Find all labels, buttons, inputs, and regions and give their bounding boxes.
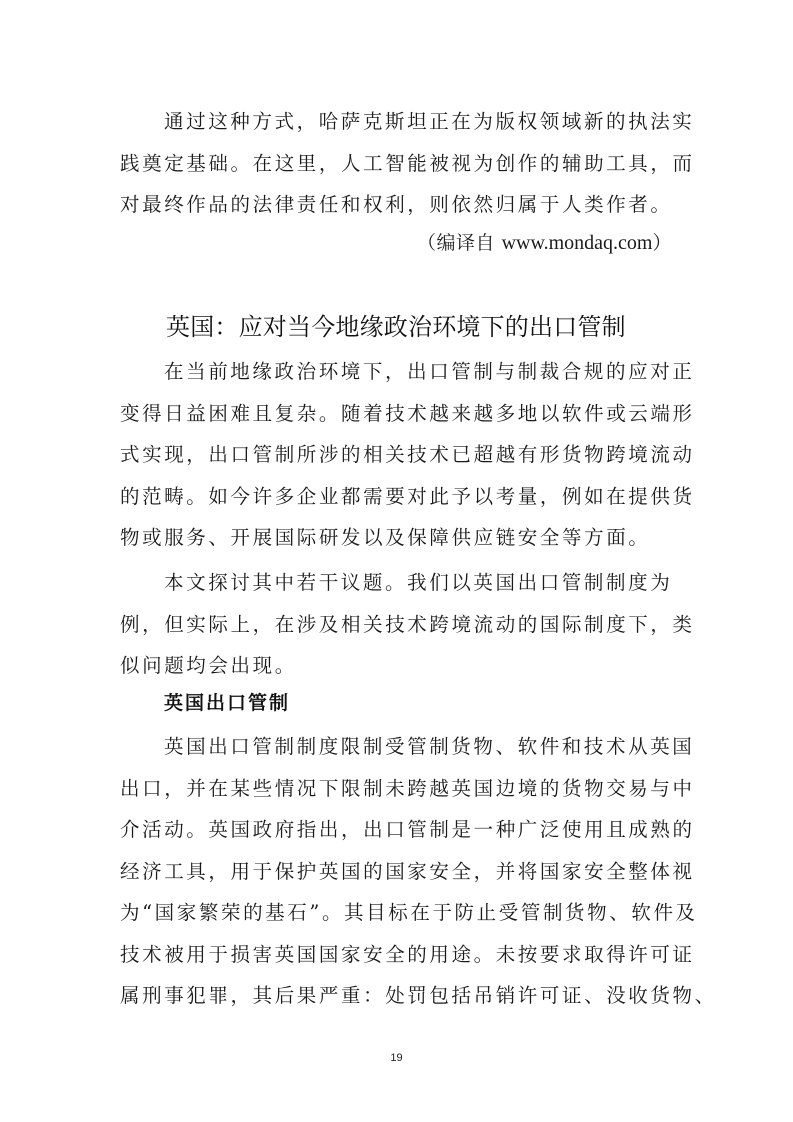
paragraph-line: 物或服务、开展国际研发以及保障供应链安全等方面。: [120, 517, 672, 559]
paragraph-line: 似问题均会出现。: [120, 645, 672, 687]
source-url: www.mondaq.com: [502, 232, 653, 254]
document-page: 通过这种方式，哈萨克斯坦正在为版权领域新的执法实 践奠定基础。在这里，人工智能被…: [120, 0, 672, 1122]
article-paragraph-2: 本文探讨其中若干议题。我们以英国出口管制制度为 例，但实际上，在涉及相关技术跨境…: [120, 562, 672, 687]
paragraph-line: 通过这种方式，哈萨克斯坦正在为版权领域新的执法实: [120, 101, 672, 143]
section-heading: 英国出口管制: [164, 686, 290, 720]
paragraph-line: 的范畴。如今许多企业都需要对此予以考量，例如在提供货: [120, 476, 672, 518]
paragraph-line: 例，但实际上，在涉及相关技术跨境流动的国际制度下，类: [120, 604, 672, 646]
article-paragraph-3: 英国出口管制制度限制受管制货物、软件和技术从英国 出口，并在某些情况下限制未跨越…: [120, 726, 672, 1017]
article-title: 英国：应对当今地缘政治环境下的出口管制: [166, 310, 626, 344]
paragraph-line: 经济工具，用于保护英国的国家安全，并将国家安全整体视: [120, 851, 672, 893]
page-number: 19: [0, 1052, 793, 1064]
paragraph-line: 属刑事犯罪，其后果严重：处罚包括吊销许可证、没收货物、: [120, 975, 672, 1017]
paragraph-line: 式实现，出口管制所涉的相关技术已超越有形货物跨境流动: [120, 434, 672, 476]
paragraph-line: 为“国家繁荣的基石”。其目标在于防止受管制货物、软件及: [120, 892, 672, 934]
source-attribution: （编译自 www.mondaq.com）: [417, 228, 672, 258]
paragraph-line: 本文探讨其中若干议题。我们以英国出口管制制度为: [120, 562, 672, 604]
source-close: ）: [652, 232, 672, 254]
source-open: （编译自: [417, 232, 502, 254]
paragraph-line: 变得日益困难且复杂。随着技术越来越多地以软件或云端形: [120, 393, 672, 435]
paragraph-line: 践奠定基础。在这里，人工智能被视为创作的辅助工具，而: [120, 143, 672, 185]
article-paragraph-1: 在当前地缘政治环境下，出口管制与制裁合规的应对正 变得日益困难且复杂。随着技术越…: [120, 351, 672, 559]
paragraph-line: 出口，并在某些情况下限制未跨越英国边境的货物交易与中: [120, 768, 672, 810]
paragraph-line: 介活动。英国政府指出，出口管制是一种广泛使用且成熟的: [120, 809, 672, 851]
intro-paragraph: 通过这种方式，哈萨克斯坦正在为版权领域新的执法实 践奠定基础。在这里，人工智能被…: [120, 101, 672, 226]
paragraph-line: 技术被用于损害英国国家安全的用途。未按要求取得许可证: [120, 934, 672, 976]
paragraph-line: 在当前地缘政治环境下，出口管制与制裁合规的应对正: [120, 351, 672, 393]
paragraph-line: 英国出口管制制度限制受管制货物、软件和技术从英国: [120, 726, 672, 768]
paragraph-line: 对最终作品的法律责任和权利，则依然归属于人类作者。: [120, 184, 672, 226]
